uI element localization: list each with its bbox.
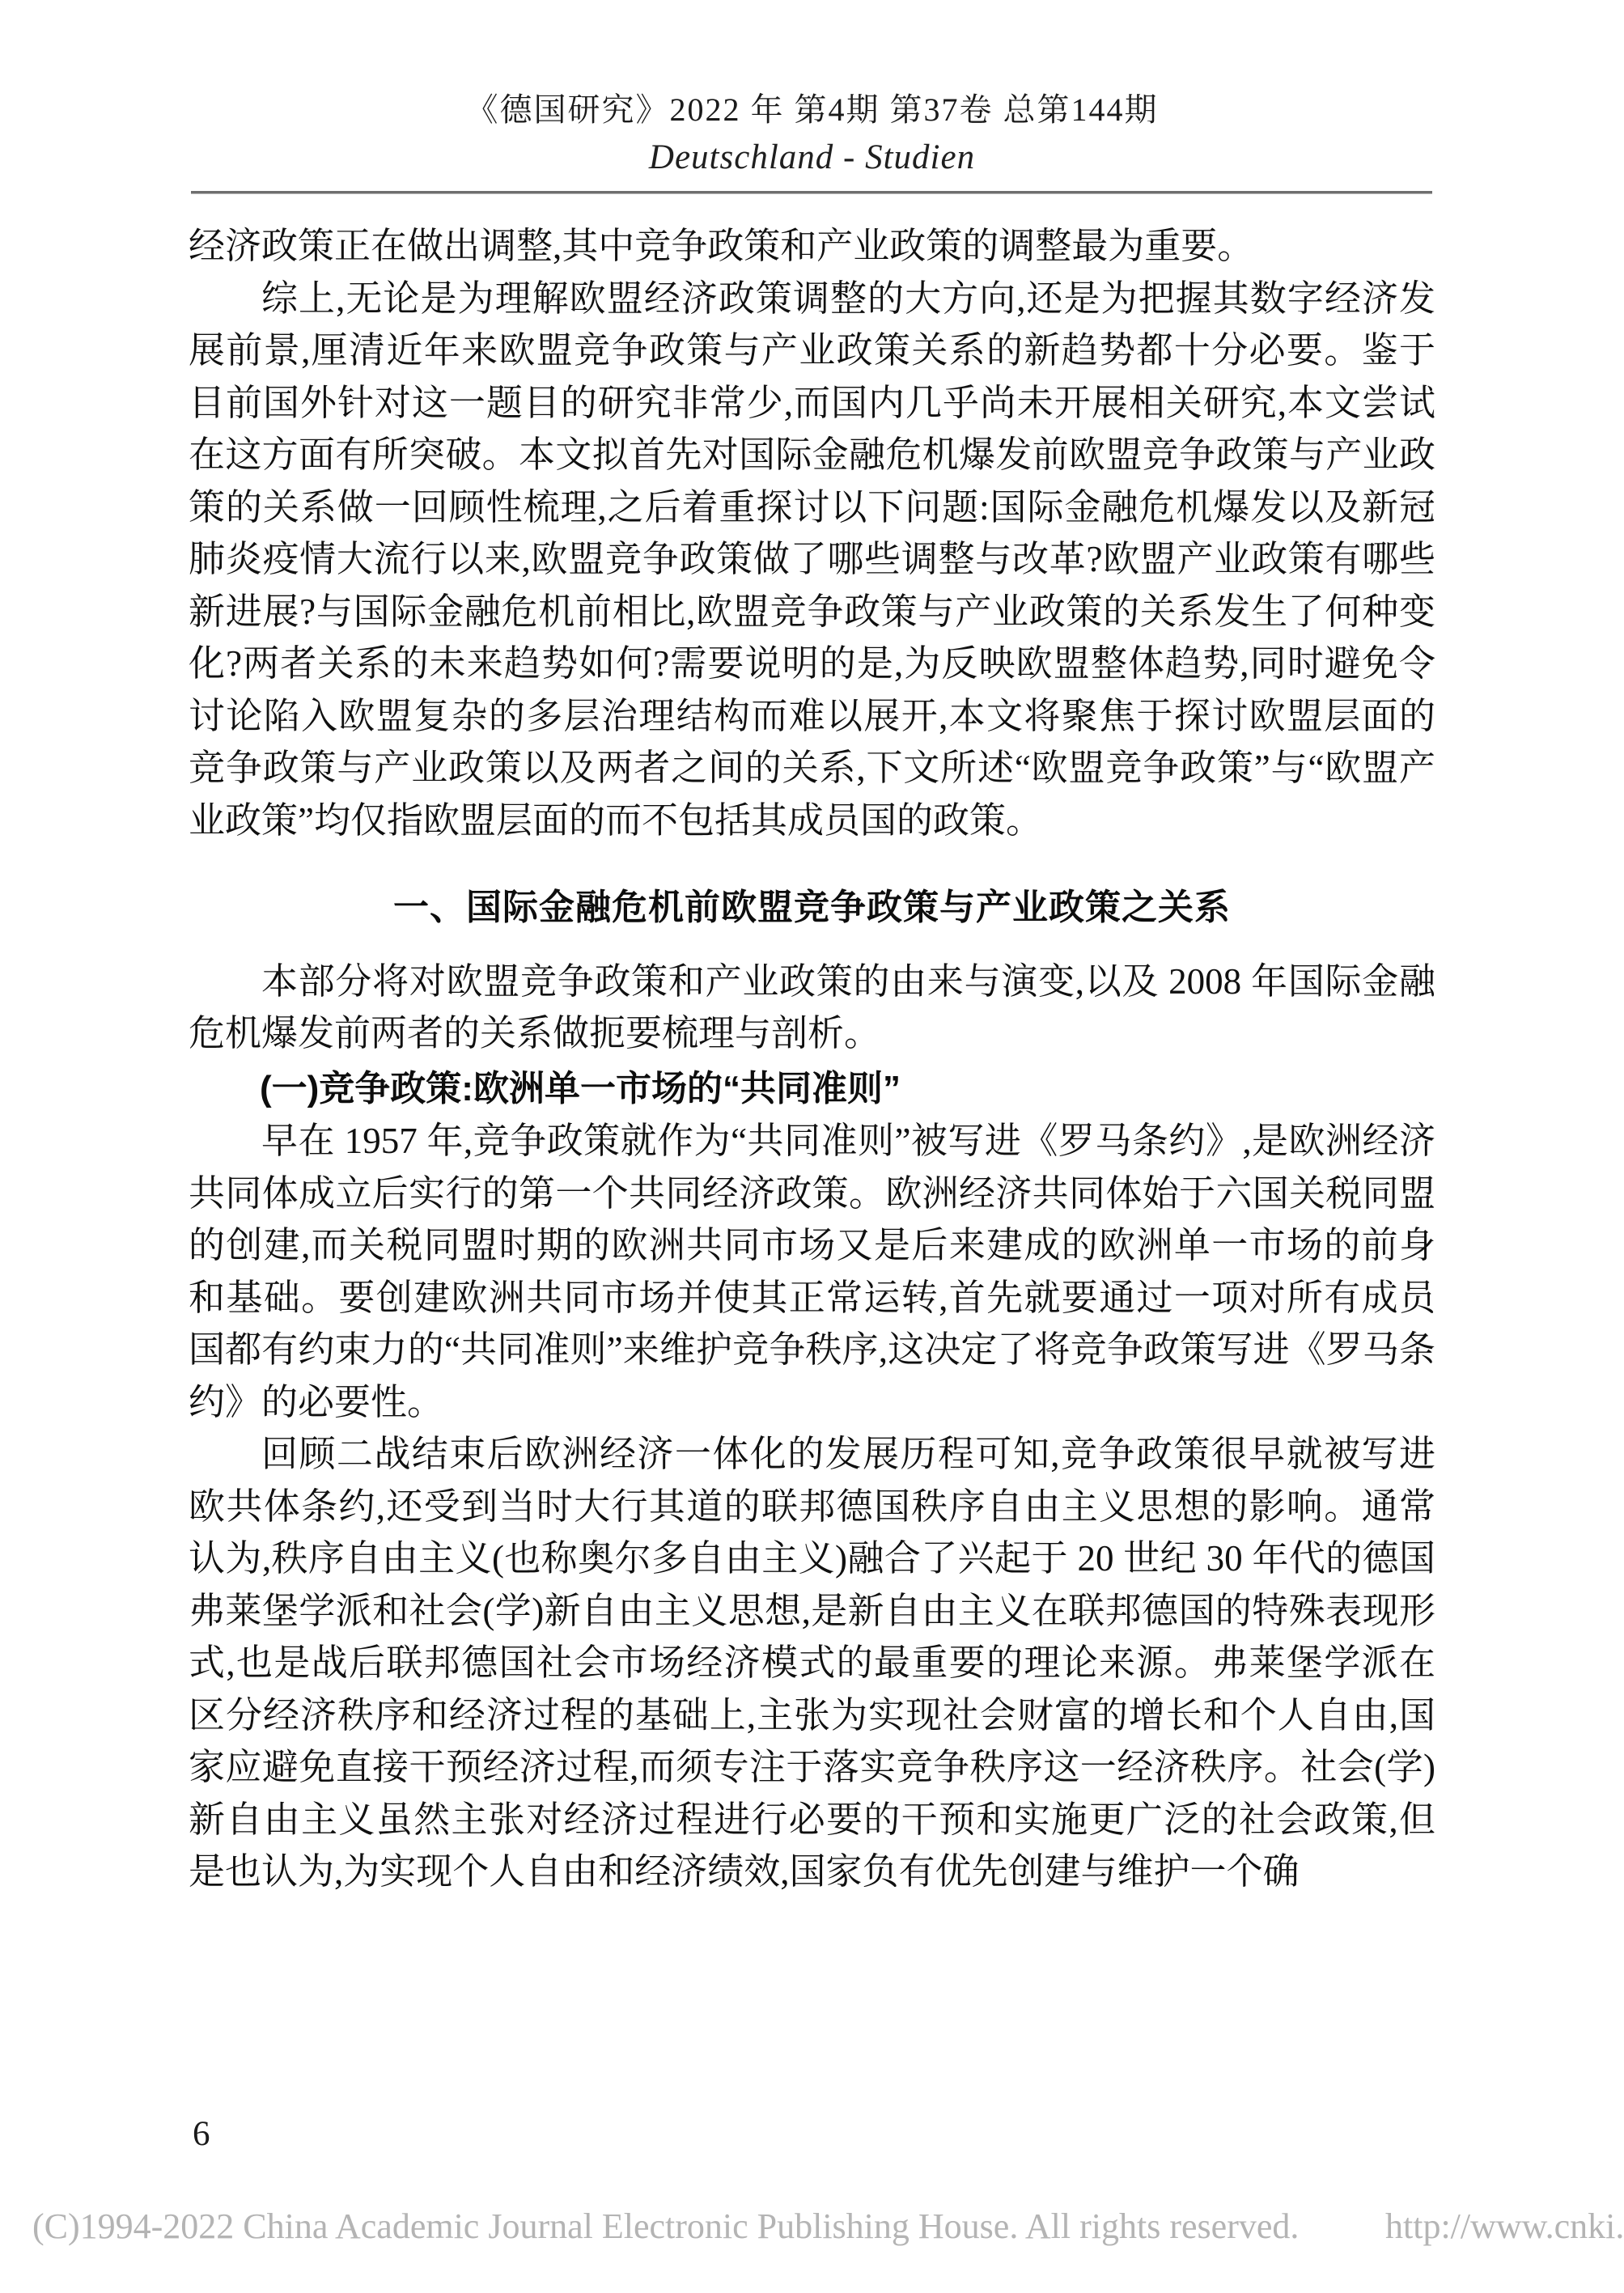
paragraph-ordoliberalism: 回顾二战结束后欧洲经济一体化的发展历程可知,竞争政策很早就被写进欧共体条约,还受… [189, 1428, 1435, 1898]
paragraph-continuation: 经济政策正在做出调整,其中竞争政策和产业政策的调整最为重要。 [189, 220, 1435, 273]
page-footer: (C)1994-2022 China Academic Journal Elec… [32, 2202, 1624, 2253]
journal-page: { "page": { "number": "6" }, "header": {… [0, 0, 1624, 2293]
subsection-1-1-heading: (一)竞争政策:欧洲单一市场的“共同准则” [189, 1063, 1435, 1116]
footer-copyright-text: (C)1994-2022 China Academic Journal Elec… [32, 2202, 1299, 2251]
article-body: 经济政策正在做出调整,其中竞争政策和产业政策的调整最为重要。 综上,无论是为理解… [189, 220, 1435, 1898]
footer-cnki-url: http://www.cnki. [1385, 2202, 1624, 2251]
header-divider-rule [191, 191, 1432, 194]
journal-issue-line: 《德国研究》2022 年 第4期 第37卷 总第144期 [0, 91, 1624, 129]
page-number: 6 [193, 2117, 210, 2151]
paragraph-competition-origin: 早在 1957 年,竞争政策就作为“共同准则”被写进《罗马条约》,是欧洲经济共同… [189, 1115, 1435, 1428]
journal-subtitle: Deutschland - Studien [0, 138, 1624, 178]
paragraph-section-intro: 本部分将对欧盟竞争政策和产业政策的由来与演变,以及 2008 年国际金融危机爆发… [189, 956, 1435, 1060]
paragraph-overview: 综上,无论是为理解欧盟经济政策调整的大方向,还是为把握其数字经济发展前景,厘清近… [189, 273, 1435, 847]
section-1-heading: 一、国际金融危机前欧盟竞争政策与产业政策之关系 [189, 882, 1435, 935]
